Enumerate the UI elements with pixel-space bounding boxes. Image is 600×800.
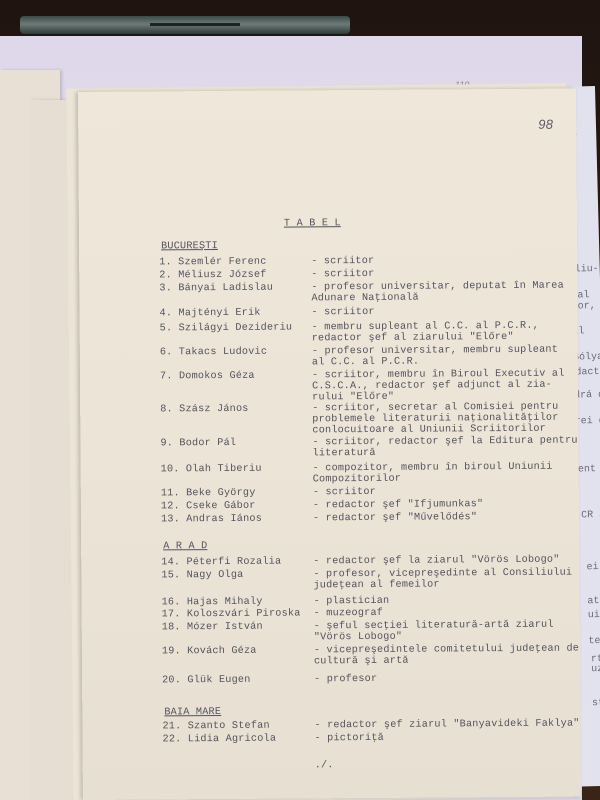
back-fragment: CR al (581, 510, 600, 522)
person-name: 9. Bodor Pál (160, 437, 310, 449)
section-heading: BUCUREŞTI (161, 241, 218, 252)
person-role: - membru supleant al C.C. al P.C.R., red… (312, 320, 582, 344)
table-row: 20. Glük Eugen- profesor (162, 672, 582, 675)
person-role: - pictoriţă (314, 731, 584, 744)
person-name: 21. Szanto Stefan (162, 720, 312, 732)
person-name: 10. Olah Tiberiu (161, 463, 311, 475)
typed-document-page: 98 T A B E L BUCUREŞTI1. Szemlér Ferenc-… (78, 89, 581, 800)
pen-clip (150, 23, 240, 26)
person-role: - redactor şef ziarul "Banyavideki Fakly… (314, 718, 584, 731)
person-name: 14. Péterfi Rozalia (161, 556, 311, 568)
person-role: - redactor şef "Művelődés" (313, 511, 583, 524)
person-role: - scriitor (312, 305, 582, 318)
section-heading: BAIA MARE (164, 707, 221, 718)
table-row: 11. Beke György- scriitor (161, 485, 581, 488)
person-name: 16. Hajas Mihaly (162, 596, 312, 608)
person-role: - şeful secţiei literatură-artă ziarul "… (314, 619, 584, 643)
back-fragment: ui (588, 610, 600, 621)
person-name: 15. Nagy Olga (161, 569, 311, 581)
table-row: 14. Péterfi Rozalia- redactor şef la zia… (161, 554, 581, 557)
person-name: 12. Cseke Gábor (161, 500, 311, 512)
continuation-mark: ./. (315, 760, 334, 771)
person-name: 5. Szilágyi Dezideriu (160, 322, 310, 334)
person-name: 8. Szász János (160, 403, 310, 415)
person-name: 4. Majtényi Erik (160, 307, 310, 319)
table-row: 1. Szemlér Ferenc- scriitor (159, 255, 579, 258)
document-title: T A B E L (284, 218, 341, 229)
person-role: - scriitor (313, 485, 583, 498)
person-name: 11. Beke György (161, 487, 311, 499)
person-role: - scriitor (311, 267, 581, 280)
table-row: 5. Szilágyi Dezideriu- membru supleant a… (160, 321, 580, 324)
person-role: - redactor şef "Ifjumunkas" (313, 498, 583, 511)
table-row: 21. Szanto Stefan- redactor şef ziarul "… (162, 718, 582, 721)
person-role: - profesor universitar, membru supleant … (312, 344, 582, 368)
person-name: 2. Méliusz József (159, 269, 309, 281)
back-fragment: uzeog (591, 663, 600, 675)
table-row: 6. Takacs Ludovic- profesor universitar,… (160, 345, 580, 348)
person-role: - redactor şef la ziarul "Vörös Lobogo" (313, 554, 583, 567)
person-name: 1. Szemlér Ferenc (159, 256, 309, 268)
person-name: 22. Lidia Agricola (162, 733, 312, 745)
person-role: - plastician (314, 594, 584, 607)
pen (20, 16, 350, 34)
person-role: - scriitor, secretar al Comisiei pentru … (312, 401, 582, 436)
person-name: 17. Koloszvári Piroska (162, 608, 312, 620)
person-name: 6. Takacs Ludovic (160, 346, 310, 358)
back-fragment: stitu (592, 697, 600, 709)
person-name: 20. Glük Eugen (162, 674, 312, 686)
page-number: 98 (538, 119, 553, 130)
person-role: - profesor (314, 672, 584, 685)
person-role: - profesor, vicepreşedinte al Consiliulu… (313, 567, 583, 591)
back-fragment: at ma (587, 596, 600, 608)
person-name: 7. Domokos Géza (160, 370, 310, 382)
person-name: 18. Mózer István (162, 621, 312, 633)
table-row: 7. Domokos Géza- scriitor, membru în Bir… (160, 369, 580, 372)
person-role: - vicepreşedintele comitetului judeţean … (314, 643, 584, 667)
person-role: - scriitor (311, 254, 581, 267)
person-name: 3. Bányai Ladislau (159, 282, 309, 294)
person-name: 13. Andras Iános (161, 513, 311, 525)
section-heading: A R A D (163, 541, 207, 552)
person-role: - scriitor, redactor şef la Editura pent… (312, 435, 582, 459)
table-row: 4. Majtényi Erik- scriitor (160, 306, 580, 309)
table-row: 19. Kovách Géza- vicepreşedintele comite… (162, 643, 582, 646)
person-role: - compozitor, membru în biroul Uniunii C… (313, 461, 583, 485)
person-role: - muzeograf (314, 606, 584, 619)
person-role: - scriitor, membru în Biroul Executiv al… (312, 368, 582, 403)
person-name: 19. Kovách Géza (162, 645, 312, 657)
back-fragment: tei (588, 636, 600, 647)
table-row: 10. Olah Tiberiu- compozitor, membru în … (161, 462, 581, 465)
back-fragment: ei (586, 562, 598, 573)
table-row: 16. Hajas Mihaly- plastician (162, 594, 582, 597)
person-role: - profesor universitar, deputat în Marea… (311, 280, 581, 304)
